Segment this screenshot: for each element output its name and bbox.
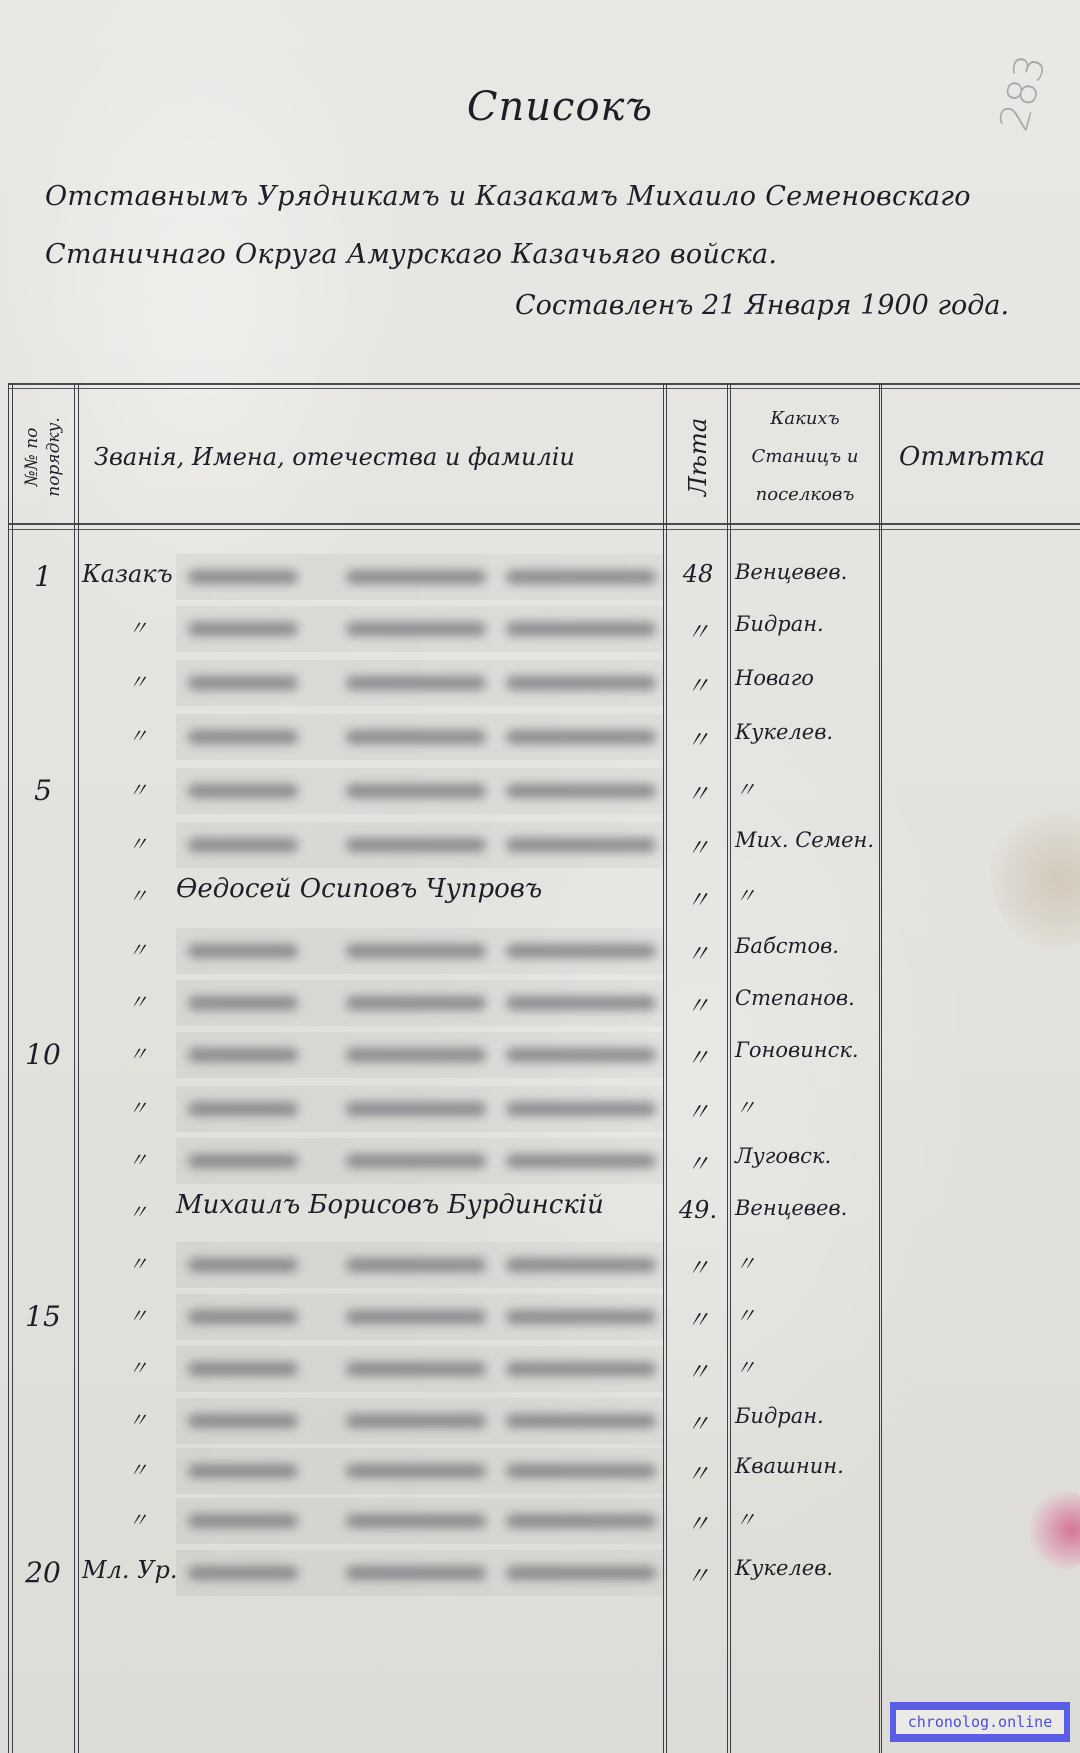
row-rank: 〃	[108, 1196, 168, 1225]
redaction-blur	[506, 996, 656, 1010]
redaction-blur	[346, 944, 486, 958]
table-row: 〃〃Степанов.	[8, 986, 888, 1036]
row-age: 〃	[667, 1556, 729, 1591]
redaction-blur	[188, 1464, 298, 1478]
table-row: 〃〃〃	[8, 1352, 888, 1402]
table-row: 〃〃Бидран.	[8, 1404, 888, 1454]
row-age: 〃	[667, 774, 729, 809]
redacted-name	[176, 980, 664, 1026]
row-age: 〃	[667, 612, 729, 647]
row-station: Луговск.	[731, 1144, 881, 1168]
row-name: Ѳедосей Осиповъ Чупровъ	[176, 874, 664, 920]
redaction-blur	[506, 1258, 656, 1272]
row-age: 〃	[667, 1352, 729, 1387]
redacted-name	[176, 1448, 664, 1494]
redaction-blur	[506, 1048, 656, 1062]
redaction-blur	[506, 944, 656, 958]
redacted-name	[176, 1346, 664, 1392]
row-station: Венцевев.	[731, 560, 881, 584]
header-note: Отмѣтка	[884, 391, 1080, 523]
table-row: 〃〃Бабстов.	[8, 934, 888, 984]
ledger-table: №№ по порядку. Званія, Имена, отечества …	[8, 383, 1080, 1753]
row-age: 〃	[667, 986, 729, 1021]
row-station: 〃	[731, 1504, 881, 1534]
header-bottom-rule	[8, 523, 1080, 525]
row-station: 〃	[731, 1248, 881, 1278]
redaction-blur	[346, 676, 486, 690]
row-station: Кукелев.	[731, 720, 881, 744]
redaction-blur	[506, 1310, 656, 1324]
redacted-name	[176, 928, 664, 974]
redaction-blur	[346, 1048, 486, 1062]
redaction-blur	[346, 1464, 486, 1478]
redaction-blur	[506, 730, 656, 744]
row-age: 〃	[667, 1504, 729, 1539]
redaction-blur	[346, 1154, 486, 1168]
row-rank: 〃	[108, 1144, 168, 1173]
redaction-blur	[346, 1362, 486, 1376]
redaction-blur	[346, 1102, 486, 1116]
row-age: 49.	[667, 1196, 729, 1224]
row-station: Бидран.	[731, 612, 881, 636]
row-station: Квашнин.	[731, 1454, 881, 1478]
row-age: 〃	[667, 1404, 729, 1439]
table-row: 〃〃〃	[8, 1248, 888, 1298]
redaction-blur	[506, 1362, 656, 1376]
row-rank: 〃	[108, 720, 168, 749]
row-station: Бабстов.	[731, 934, 881, 958]
row-station: Гоновинск.	[731, 1038, 881, 1062]
document-title: Списокъ	[0, 84, 1080, 130]
row-station: Венцевев.	[731, 1196, 881, 1220]
redaction-blur	[506, 1464, 656, 1478]
table-row: 5〃〃〃	[8, 774, 888, 824]
row-number: 15	[12, 1300, 74, 1333]
table-row: 15〃〃〃	[8, 1300, 888, 1350]
redaction-blur	[506, 1566, 656, 1580]
row-station: 〃	[731, 1352, 881, 1382]
watermark-text: chronolog.online	[896, 1710, 1064, 1734]
redaction-blur	[506, 784, 656, 798]
row-age: 〃	[667, 720, 729, 755]
row-age: 〃	[667, 828, 729, 863]
redaction-blur	[506, 622, 656, 636]
row-station: Новаго	[731, 666, 881, 690]
table-row: 〃〃Бидран.	[8, 612, 888, 662]
row-station: Кукелев.	[731, 1556, 881, 1580]
redacted-name	[176, 1242, 664, 1288]
table-row: 20Мл. Ур.〃Кукелев.	[8, 1556, 888, 1606]
row-station: 〃	[731, 774, 881, 804]
redaction-blur	[346, 622, 486, 636]
row-rank: Казакъ	[82, 560, 182, 588]
row-rank: Мл. Ур.	[82, 1556, 182, 1584]
table-row: 1Казакъ48Венцевев.	[8, 560, 888, 610]
redaction-blur	[506, 1102, 656, 1116]
row-age: 〃	[667, 880, 729, 915]
redacted-name	[176, 822, 664, 868]
row-rank: 〃	[108, 986, 168, 1015]
redaction-blur	[188, 1566, 298, 1580]
redaction-blur	[506, 1154, 656, 1168]
row-station: 〃	[731, 1092, 881, 1122]
redacted-name	[176, 606, 664, 652]
redaction-blur	[188, 622, 298, 636]
table-row: 〃Ѳедосей Осиповъ Чупровъ〃〃	[8, 880, 888, 930]
redacted-name	[176, 1086, 664, 1132]
table-row: 〃〃Мих. Семен.	[8, 828, 888, 878]
row-number: 5	[12, 774, 74, 807]
redaction-blur	[188, 1102, 298, 1116]
redaction-blur	[346, 996, 486, 1010]
table-row: 〃〃Кукелев.	[8, 720, 888, 770]
row-rank: 〃	[108, 1504, 168, 1533]
row-rank: 〃	[108, 1300, 168, 1329]
redacted-name	[176, 1550, 664, 1596]
redacted-name	[176, 1398, 664, 1444]
redaction-blur	[188, 838, 298, 852]
row-age: 〃	[667, 666, 729, 701]
redaction-blur	[188, 784, 298, 798]
redaction-blur	[506, 1414, 656, 1428]
row-rank: 〃	[108, 1038, 168, 1067]
redaction-blur	[346, 1566, 486, 1580]
row-number: 20	[12, 1556, 74, 1589]
table-row: 〃Михаилъ Борисовъ Бурдинскій49.Венцевев.	[8, 1196, 888, 1246]
row-rank: 〃	[108, 1404, 168, 1433]
row-rank: 〃	[108, 1092, 168, 1121]
redaction-blur	[188, 676, 298, 690]
redaction-blur	[188, 1310, 298, 1324]
row-rank: 〃	[108, 612, 168, 641]
row-station: Степанов.	[731, 986, 881, 1010]
row-rank: 〃	[108, 828, 168, 857]
redaction-blur	[506, 838, 656, 852]
row-age: 48	[667, 560, 729, 588]
composed-date: Составленъ 21 Января 1900 года.	[515, 290, 1009, 321]
redacted-name	[176, 660, 664, 706]
redacted-name	[176, 1032, 664, 1078]
document-subtitle-line-1: Отставнымъ Урядникамъ и Казакамъ Михаило…	[45, 168, 1035, 226]
redaction-blur	[346, 1414, 486, 1428]
redaction-blur	[506, 1514, 656, 1528]
row-station: Мих. Семен.	[731, 828, 881, 852]
header-name: Званія, Имена, отечества и фамиліи	[84, 391, 664, 523]
redaction-blur	[188, 1048, 298, 1062]
redacted-name	[176, 554, 664, 600]
document-subtitle-line-2: Станичнаго Округа Амурскаго Казачьяго во…	[45, 226, 1035, 284]
row-age: 〃	[667, 1300, 729, 1335]
row-station: 〃	[731, 1300, 881, 1330]
row-age: 〃	[667, 1092, 729, 1127]
row-rank: 〃	[108, 1248, 168, 1277]
redacted-name	[176, 768, 664, 814]
redaction-blur	[188, 996, 298, 1010]
row-rank: 〃	[108, 1352, 168, 1381]
row-rank: 〃	[108, 774, 168, 803]
redacted-name	[176, 1138, 664, 1184]
row-age: 〃	[667, 1248, 729, 1283]
redaction-blur	[346, 838, 486, 852]
table-row: 〃〃〃	[8, 1504, 888, 1554]
row-age: 〃	[667, 1038, 729, 1073]
row-rank: 〃	[108, 934, 168, 963]
redaction-blur	[188, 1362, 298, 1376]
redaction-blur	[506, 570, 656, 584]
table-top-rule-inner	[8, 388, 1080, 389]
row-number: 10	[12, 1038, 74, 1071]
ink-stain	[1030, 1490, 1080, 1570]
row-age: 〃	[667, 1144, 729, 1179]
table-row: 〃〃Новаго	[8, 666, 888, 716]
row-rank: 〃	[108, 666, 168, 695]
row-name: Михаилъ Борисовъ Бурдинскій	[176, 1190, 664, 1236]
redaction-blur	[346, 570, 486, 584]
header-age: Лѣта	[667, 391, 729, 523]
header-station: Какихъ Станицъ и поселковъ	[731, 391, 879, 523]
redacted-name	[176, 714, 664, 760]
row-age: 〃	[667, 934, 729, 969]
table-top-rule	[8, 383, 1080, 385]
watermark: chronolog.online	[890, 1702, 1070, 1742]
redaction-blur	[188, 944, 298, 958]
redaction-blur	[346, 1258, 486, 1272]
row-station: Бидран.	[731, 1404, 881, 1428]
redaction-blur	[188, 730, 298, 744]
table-row: 〃〃Квашнин.	[8, 1454, 888, 1504]
header-number: №№ по порядку.	[12, 391, 74, 523]
redaction-blur	[506, 676, 656, 690]
redacted-name	[176, 1294, 664, 1340]
redaction-blur	[346, 730, 486, 744]
redaction-blur	[188, 1258, 298, 1272]
row-station: 〃	[731, 880, 881, 910]
table-row: 〃〃Луговск.	[8, 1144, 888, 1194]
redaction-blur	[188, 570, 298, 584]
table-row: 〃〃〃	[8, 1092, 888, 1142]
redaction-blur	[346, 1310, 486, 1324]
redaction-blur	[188, 1514, 298, 1528]
row-number: 1	[12, 560, 74, 593]
row-age: 〃	[667, 1454, 729, 1489]
row-rank: 〃	[108, 1454, 168, 1483]
redaction-blur	[346, 1514, 486, 1528]
header-bottom-rule-inner	[8, 529, 1080, 530]
redaction-blur	[188, 1414, 298, 1428]
row-rank: 〃	[108, 880, 168, 909]
redaction-blur	[346, 784, 486, 798]
redaction-blur	[188, 1154, 298, 1168]
redacted-name	[176, 1498, 664, 1544]
table-row: 10〃〃Гоновинск.	[8, 1038, 888, 1088]
